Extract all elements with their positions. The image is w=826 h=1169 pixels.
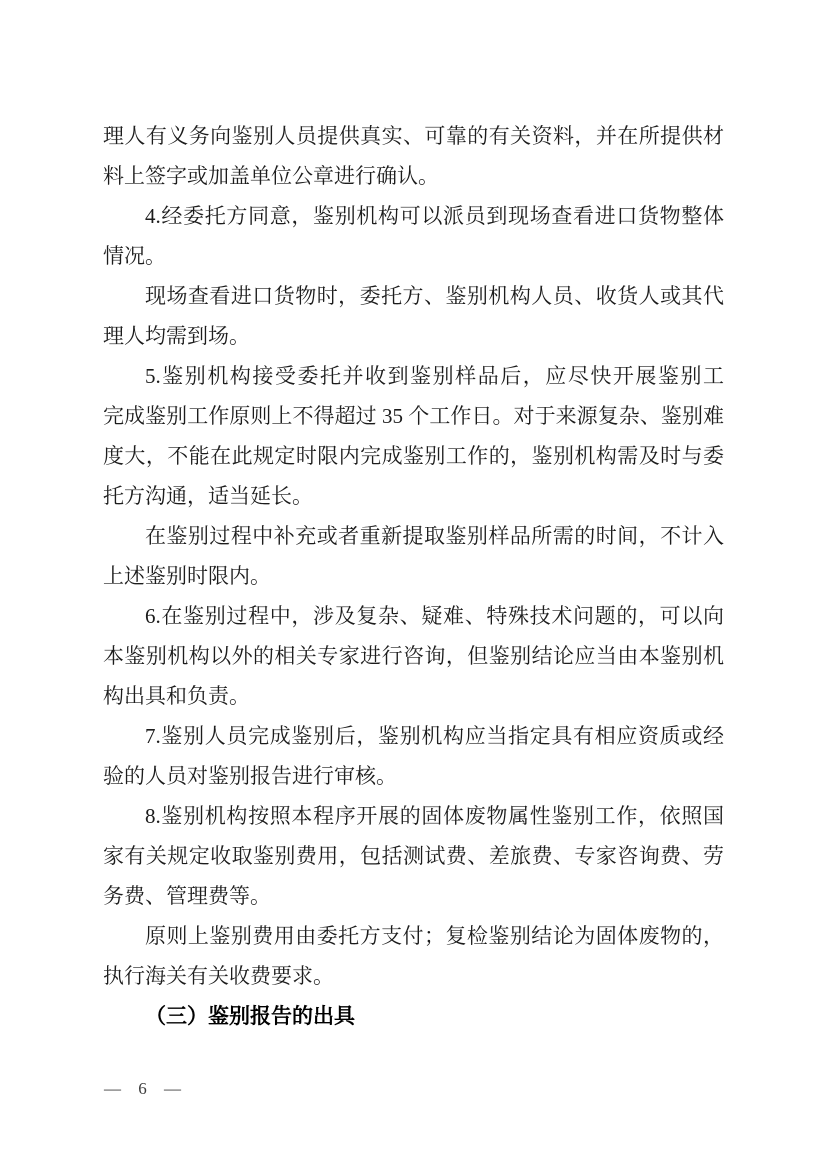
text-line: 理人均需到场。 xyxy=(103,316,724,356)
text-line: 托方沟通，适当延长。 xyxy=(103,476,724,516)
text-line: 情况。 xyxy=(103,236,724,276)
text-line: 验的人员对鉴别报告进行审核。 xyxy=(103,756,724,796)
page-number: — 6 — xyxy=(104,1078,182,1100)
text-line: 务费、管理费等。 xyxy=(103,876,724,916)
text-line: 7.鉴别人员完成鉴别后，鉴别机构应当指定具有相应资质或经 xyxy=(103,716,724,756)
text-line: 完成鉴别工作原则上不得超过 35 个工作日。对于来源复杂、鉴别难 xyxy=(103,396,724,436)
section-heading: （三）鉴别报告的出具 xyxy=(103,996,724,1036)
text-line: 理人有义务向鉴别人员提供真实、可靠的有关资料，并在所提供材 xyxy=(103,116,724,156)
text-line: 8.鉴别机构按照本程序开展的固体废物属性鉴别工作，依照国 xyxy=(103,796,724,836)
text-line: 现场查看进口货物时，委托方、鉴别机构人员、收货人或其代 xyxy=(103,276,724,316)
text-line: 执行海关有关收费要求。 xyxy=(103,956,724,996)
text-line: 4.经委托方同意，鉴别机构可以派员到现场查看进口货物整体 xyxy=(103,196,724,236)
text-block: 理人有义务向鉴别人员提供真实、可靠的有关资料，并在所提供材料上签字或加盖单位公章… xyxy=(103,116,724,1036)
text-line: 原则上鉴别费用由委托方支付；复检鉴别结论为固体废物的， xyxy=(103,916,724,956)
text-line: 上述鉴别时限内。 xyxy=(103,556,724,596)
text-line: 家有关规定收取鉴别费用，包括测试费、差旅费、专家咨询费、劳 xyxy=(103,836,724,876)
text-line: 本鉴别机构以外的相关专家进行咨询，但鉴别结论应当由本鉴别机 xyxy=(103,636,724,676)
text-line: 构出具和负责。 xyxy=(103,676,724,716)
text-line: 在鉴别过程中补充或者重新提取鉴别样品所需的时间，不计入 xyxy=(103,516,724,556)
text-line: 料上签字或加盖单位公章进行确认。 xyxy=(103,156,724,196)
document-page: 理人有义务向鉴别人员提供真实、可靠的有关资料，并在所提供材料上签字或加盖单位公章… xyxy=(0,0,826,1169)
text-line: 5.鉴别机构接受委托并收到鉴别样品后，应尽快开展鉴别工作， xyxy=(103,356,724,396)
text-line: 度大，不能在此规定时限内完成鉴别工作的，鉴别机构需及时与委 xyxy=(103,436,724,476)
text-line: 6.在鉴别过程中，涉及复杂、疑难、特殊技术问题的，可以向 xyxy=(103,596,724,636)
